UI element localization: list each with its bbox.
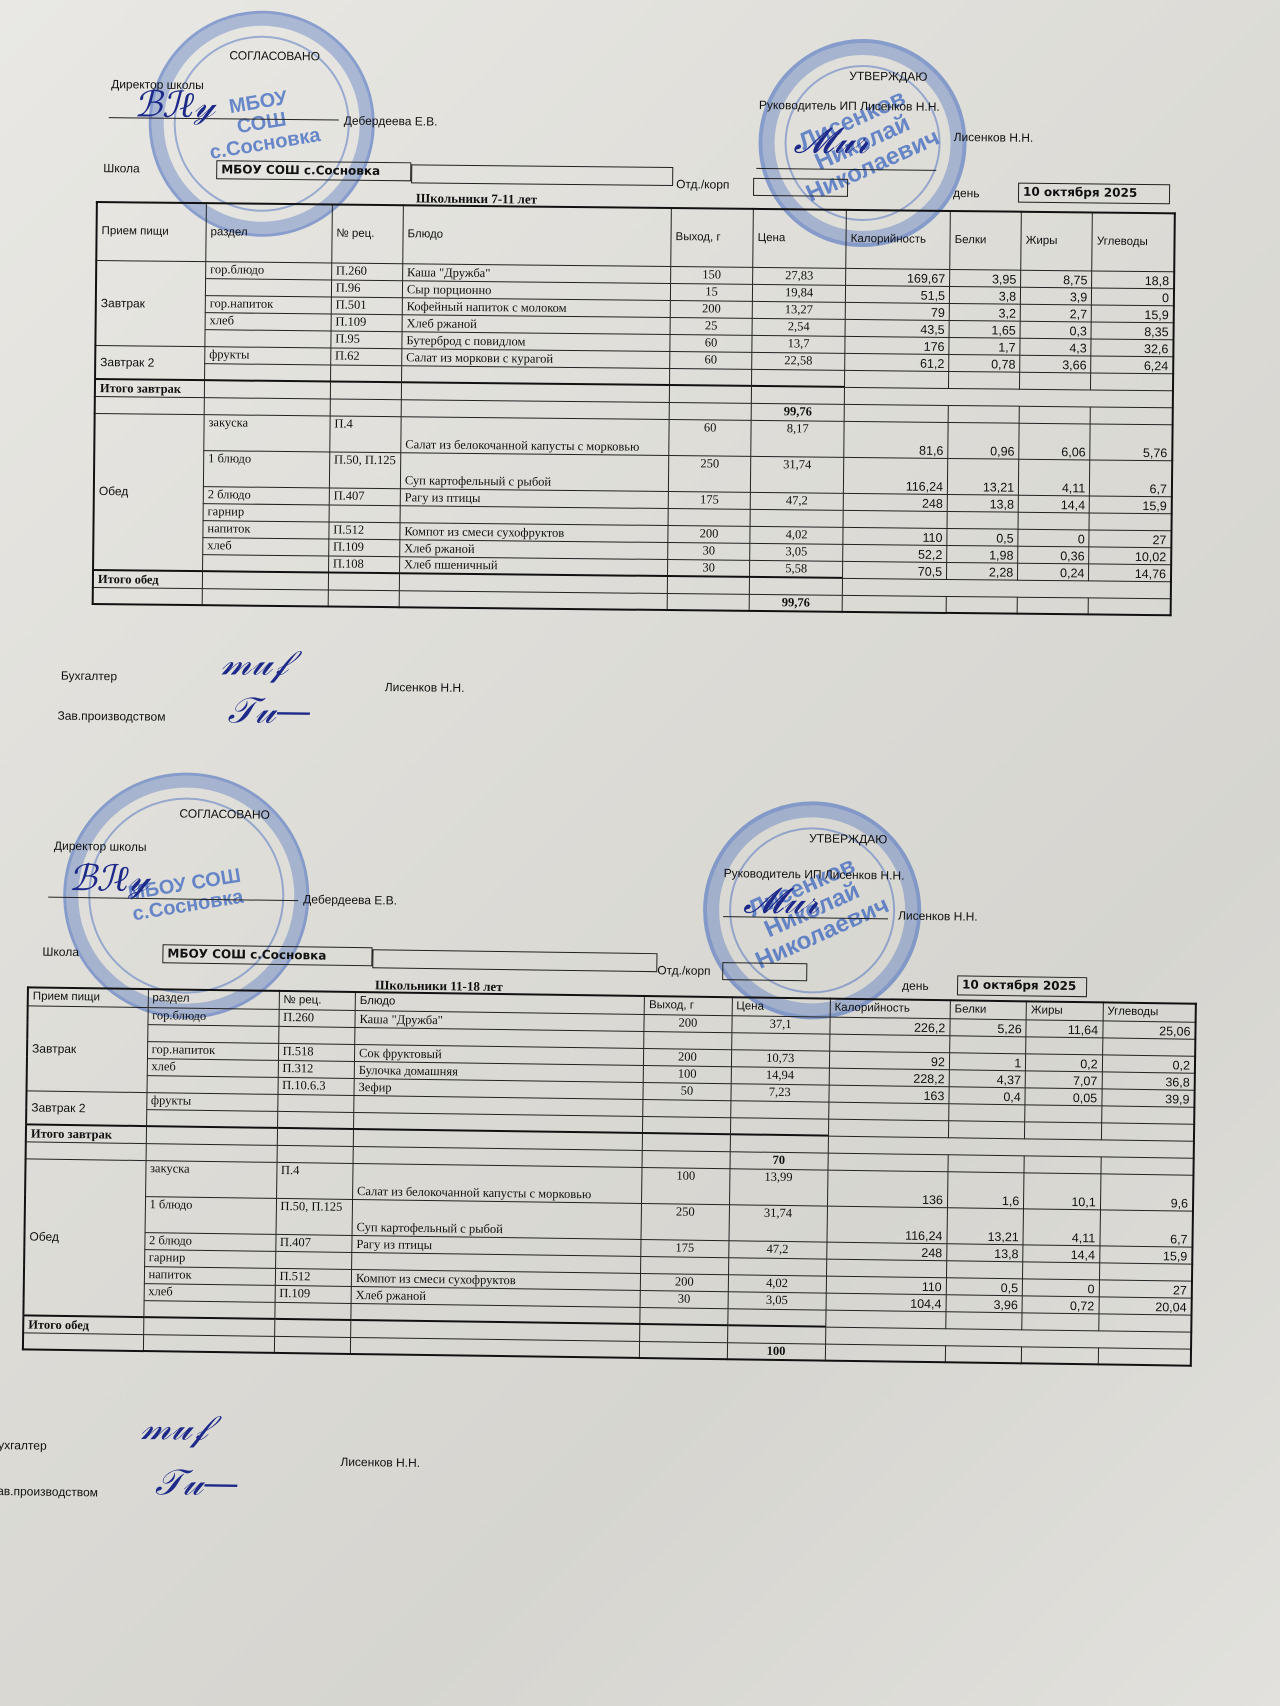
column-header: раздел [148,989,279,1009]
fat-cell: 0,72 [1022,1295,1099,1313]
fat-cell: 0,3 [1020,321,1091,339]
recipe-cell: П.109 [275,1285,352,1303]
carbs-cell: 39,9 [1102,1088,1195,1106]
section-cell: 2 блюдо [203,486,329,504]
kcal-cell: 116,24 [827,1206,948,1244]
protein-cell [948,1120,1025,1138]
meal-cell: Обед [93,413,204,571]
kcal-cell: 104,4 [826,1293,946,1312]
section-cell: 1 блюдо [145,1196,276,1234]
recipe-cell: П.518 [278,1043,355,1061]
fat-cell [1025,1104,1102,1122]
column-header: Белки [950,211,1022,270]
column-header: Цена [753,209,847,268]
manager-name: Лисенков Н.Н. [898,909,978,924]
recipe-cell: П.4 [330,415,401,452]
price-cell: 3,05 [750,543,843,561]
recipe-cell: П.50, П.125 [276,1198,353,1235]
approve-heading: УТВЕРЖДАЮ [849,69,927,84]
column-header: раздел [206,203,332,262]
yield-cell: 100 [642,1167,730,1204]
section-cell [205,278,331,296]
fat-cell: 8,75 [1021,270,1092,288]
section-cell: 2 блюдо [144,1232,275,1251]
column-header: Углеводы [1103,1002,1196,1021]
section-cell: гор.блюдо [148,1007,279,1026]
dish-cell: Хлеб ржаной [402,314,670,334]
manager-role: Руководитель ИП Лисенков Н.Н. [759,98,940,114]
carbs-cell [1102,1037,1195,1055]
total-label: Итого завтрак [95,379,205,397]
total-price: 70 [730,1151,828,1169]
fat-cell: 2,7 [1020,304,1091,322]
carbs-cell [1098,1313,1191,1331]
kcal-cell [828,1102,948,1121]
kcal-cell: 163 [829,1085,949,1104]
accountant-name: Лисенков Н.Н. [385,680,465,695]
school-extra-field [411,164,673,186]
column-header: Калорийность [830,999,950,1019]
column-header: Выход, г [671,208,754,267]
protein-cell: 3,8 [949,286,1020,304]
price-cell [730,1117,828,1135]
kcal-cell [826,1259,946,1278]
yield-cell: 200 [668,525,750,543]
total-price: 99,76 [751,403,844,421]
yield-cell: 200 [644,1014,732,1032]
price-cell: 13,27 [752,301,845,319]
yield-cell: 175 [641,1239,729,1257]
section-cell: хлеб [205,312,331,330]
director-role: Директор школы [54,839,147,854]
yield-cell: 50 [643,1082,731,1100]
school-label: Школа [103,161,140,175]
dish-cell: Сыр порционно [402,280,670,300]
column-header: Калорийность [846,210,951,269]
protein-cell: 4,37 [949,1069,1026,1087]
accountant-signature: 𝓂𝓊𝒻 [221,642,288,685]
carbs-cell: 18,8 [1092,270,1174,288]
kcal-cell: 92 [829,1051,949,1070]
dish-cell: Суп картофельный с рыбой [352,1199,642,1239]
fat-cell: 0,05 [1025,1087,1102,1105]
dept-field [753,178,848,197]
section-cell [204,363,330,381]
kcal-cell [829,1034,949,1053]
price-cell: 4,02 [750,526,843,544]
section-cell: гор.напиток [205,295,331,313]
section-cell: фрукты [146,1092,277,1111]
yield-cell: 15 [670,283,752,301]
fat-cell: 14,4 [1023,1244,1100,1262]
menu-table: Прием пищираздел№ рец.БлюдоВыход, гЦенаК… [92,201,1176,616]
carbs-cell: 8,35 [1091,321,1173,339]
kcal-cell [845,370,949,388]
kcal-cell [826,1310,946,1329]
price-cell: 47,2 [750,492,843,510]
kcal-cell [843,510,947,528]
column-header: Прием пищи [28,987,148,1007]
column-header: № рец. [279,991,356,1010]
column-header: Выход, г [644,996,732,1015]
recipe-cell: П.512 [275,1268,352,1286]
section-cell: закуска [145,1160,276,1198]
price-cell: 5,58 [750,560,843,578]
protein-cell: 0,78 [949,354,1020,372]
accountant-signature: 𝓂𝓊𝒻 [141,1407,209,1450]
kcal-cell: 110 [826,1276,946,1295]
kcal-cell: 52,2 [843,544,947,562]
price-cell: 13,99 [729,1168,828,1205]
recipe-cell: П.512 [329,521,400,539]
yield-cell: 175 [668,491,750,509]
dish-cell: Хлеб ржаной [400,539,668,559]
yield-cell: 150 [671,266,753,284]
school-extra-field [372,949,657,972]
section-cell: закуска [204,414,330,451]
fat-cell: 4,11 [1023,1208,1100,1245]
protein-cell: 1,98 [947,545,1018,563]
yield-cell: 200 [644,1048,732,1066]
day-field: 10 октября 2025 [1018,183,1170,205]
dish-cell: Рагу из птицы [400,488,668,508]
dish-cell: Каша "Дружба" [402,263,670,283]
kcal-cell: 110 [843,527,947,545]
recipe-cell: П.109 [331,313,402,331]
carbs-cell: 5,76 [1090,423,1173,460]
menu-sheet-7-11: МБОУ СОШ с.Сосновка СОГЛАСОВАНО Директор… [0,0,1280,13]
fat-cell: 3,9 [1021,287,1092,305]
production-signature: 𝒯𝓊— [227,690,311,733]
recipe-cell [329,504,400,522]
protein-cell [949,1103,1026,1121]
recipe-cell: П.312 [278,1060,355,1078]
recipe-cell: П.62 [330,347,401,365]
production-signature: 𝒯𝓊— [155,1462,239,1505]
price-cell: 14,94 [731,1066,829,1084]
carbs-cell: 10,02 [1089,546,1171,564]
director-name: Дебердеева Е.В. [344,114,438,129]
yield-cell [644,1031,732,1049]
fat-cell: 4,11 [1019,459,1090,496]
recipe-cell [330,364,401,382]
day-label: день [953,186,980,200]
recipe-cell [277,1094,354,1112]
fat-cell: 11,64 [1026,1019,1103,1037]
recipe-cell: П.260 [331,262,402,280]
carbs-cell: 32,6 [1091,338,1173,356]
recipe-cell: П.96 [331,279,402,297]
section-cell: гор.блюдо [206,261,332,279]
column-header: Углеводы [1092,212,1175,271]
price-cell [728,1257,826,1275]
price-cell: 4,02 [728,1274,826,1292]
section-cell: хлеб [203,537,329,555]
kcal-cell: 43,5 [845,319,949,337]
carbs-cell [1099,1262,1192,1280]
accountant-label: Бухгалтер [0,1438,47,1453]
yield-cell: 30 [668,542,750,560]
fat-cell: 6,06 [1019,423,1090,460]
kcal-cell: 81,6 [844,421,948,458]
protein-cell: 0,4 [949,1086,1026,1104]
school-field: МБОУ СОШ с.Сосновка [216,160,411,181]
protein-cell: 1,7 [949,337,1020,355]
yield-cell [640,1307,728,1325]
yield-cell: 60 [669,419,751,456]
section-cell [146,1109,277,1128]
yield-cell: 60 [670,351,752,369]
price-cell: 31,74 [729,1204,828,1241]
price-cell: 7,23 [730,1083,828,1101]
fat-cell: 0,2 [1026,1053,1103,1071]
kcal-cell: 51,5 [846,285,950,303]
section-cell: напиток [203,520,329,538]
section-cell: гарнир [144,1249,275,1268]
dish-cell: Салат из белокочанной капусты с морковью [352,1163,642,1203]
day-label: день [902,979,929,993]
recipe-cell: П.50, П.125 [329,451,400,488]
section-cell [202,554,328,572]
protein-cell: 2,28 [947,562,1018,580]
price-cell: 2,54 [752,318,845,336]
carbs-cell: 15,9 [1099,1245,1192,1263]
price-cell [731,1032,829,1050]
director-name: Дебердеева Е.В. [303,892,397,907]
column-header: Белки [950,1000,1027,1019]
column-header: № рец. [332,204,404,263]
recipe-cell: П.108 [328,555,399,573]
menu-sheet-11-18: МБОУ СОШ с.Сосновка СОГЛАСОВАНО Директор… [0,770,1280,788]
price-cell: 10,73 [731,1049,829,1067]
column-header: Цена [732,997,830,1016]
carbs-cell: 15,9 [1092,304,1174,322]
protein-cell [946,1311,1023,1329]
dish-cell: Компот из смеси сухофруктов [400,522,668,542]
section-cell: хлеб [144,1283,275,1302]
approve-heading: УТВЕРЖДАЮ [809,831,887,846]
director-signature: ℬℐℓ𝓎 [134,83,216,127]
carbs-cell: 27 [1099,1279,1192,1297]
approved-heading: СОГЛАСОВАНО [229,48,320,63]
section-cell [147,1024,278,1043]
kcal-cell: 136 [827,1170,948,1208]
column-header: Жиры [1021,212,1093,271]
protein-cell [947,511,1018,529]
carbs-cell: 0 [1092,287,1174,305]
menu-table: Прием пищираздел№ рец.БлюдоВыход, гЦенаК… [22,986,1197,1366]
total-price: 100 [727,1342,825,1360]
yield-cell [670,368,752,386]
dish-cell: Салат из белокочанной капусты с морковью [401,416,669,455]
section-cell [147,1075,278,1094]
recipe-cell [275,1251,352,1269]
yield-cell [641,1256,729,1274]
meal-cell: Завтрак [27,1005,148,1092]
accountant-label: Бухгалтер [61,669,117,684]
fat-cell [1025,1121,1102,1139]
carbs-cell: 14,76 [1089,563,1171,581]
recipe-cell: П.407 [329,487,400,505]
section-cell: 1 блюдо [203,450,329,487]
fat-cell: 0,24 [1018,563,1089,581]
price-cell [727,1308,825,1326]
total-label: Итого обед [93,570,203,588]
fat-cell: 7,07 [1025,1070,1102,1088]
protein-cell [946,1260,1023,1278]
recipe-cell: П.407 [275,1234,352,1252]
kcal-cell: 228,2 [829,1068,949,1087]
fat-cell: 0 [1022,1278,1099,1296]
kcal-cell: 70,5 [843,561,947,579]
price-cell: 27,83 [753,267,846,285]
protein-cell: 3,96 [946,1294,1023,1312]
price-cell: 13,7 [752,335,845,353]
school-field: МБОУ СОШ с.Сосновка [162,944,372,966]
fat-cell: 0 [1018,529,1089,547]
protein-cell: 1,65 [949,320,1020,338]
protein-cell: 0,5 [946,1277,1023,1295]
carbs-cell [1101,1105,1194,1123]
carbs-cell [1091,372,1173,390]
price-cell: 3,05 [728,1291,826,1309]
protein-cell [949,1035,1026,1053]
recipe-cell [278,1026,355,1044]
section-cell: напиток [144,1266,275,1285]
protein-cell: 13,21 [947,458,1018,495]
total-label: Итого обед [23,1315,143,1334]
production-label: Зав.производством [0,1484,98,1500]
column-header: Жиры [1026,1001,1103,1020]
price-cell [730,1100,828,1118]
yield-cell: 100 [643,1065,731,1083]
kcal-cell: 61,2 [845,353,949,371]
yield-cell: 250 [641,1203,729,1240]
meal-cell: Завтрак 2 [26,1090,147,1126]
protein-cell: 13,8 [947,494,1018,512]
fat-cell: 0,36 [1018,546,1089,564]
carbs-cell [1101,1122,1194,1140]
fat-cell: 14,4 [1018,495,1089,513]
fat-cell [1026,1036,1103,1054]
dept-label: Отд./корп [676,177,729,192]
production-label: Зав.производством [57,709,165,724]
protein-cell: 0,96 [948,422,1019,459]
yield-cell [668,508,750,526]
fat-cell [1018,512,1089,530]
price-cell: 37,1 [731,1015,829,1033]
recipe-cell: П.260 [279,1009,356,1027]
price-cell: 22,58 [752,352,845,370]
dish-cell: Салат из моркови с курагой [402,348,670,368]
kcal-cell: 169,67 [846,268,950,286]
fat-cell [1022,1312,1099,1330]
yield-cell: 200 [670,300,752,318]
fat-cell [1020,372,1091,390]
protein-cell [949,371,1020,389]
yield-cell: 250 [668,455,750,492]
column-header: Блюдо [403,205,672,266]
fat-cell [1023,1261,1100,1279]
kcal-cell: 248 [827,1242,947,1261]
carbs-cell: 6,7 [1100,1209,1193,1246]
dept-label: Отд./корп [657,963,711,978]
fat-cell: 3,66 [1020,355,1091,373]
meal-cell: Завтрак 2 [95,345,205,380]
section-cell: фрукты [205,346,331,364]
carbs-cell: 15,9 [1090,495,1172,513]
carbs-cell: 0,2 [1102,1054,1195,1072]
total-price: 99,76 [749,594,842,612]
price-cell: 8,17 [751,420,844,457]
kcal-cell: 226,2 [830,1017,950,1036]
yield-cell: 25 [670,317,752,335]
yield-cell: 200 [641,1273,729,1291]
school-label: Школа [42,945,79,960]
dept-field [722,962,807,981]
carbs-cell: 27 [1089,529,1171,547]
recipe-cell [277,1111,354,1129]
carbs-cell: 25,06 [1103,1020,1196,1038]
carbs-cell: 6,7 [1090,459,1173,496]
protein-cell: 3,2 [949,303,1020,321]
kcal-cell: 116,24 [844,457,948,494]
section-cell: гор.напиток [147,1041,278,1060]
kcal-cell: 79 [845,302,949,320]
protein-cell: 5,26 [950,1018,1027,1036]
price-cell [752,369,845,387]
carbs-cell: 36,8 [1102,1071,1195,1089]
price-cell: 47,2 [728,1240,826,1258]
accountant-name: Лисенков Н.Н. [340,1455,420,1470]
yield-cell: 30 [640,1290,728,1308]
protein-cell: 3,95 [950,269,1021,287]
total-label: Итого завтрак [26,1124,146,1143]
yield-cell: 30 [668,559,750,577]
carbs-cell: 6,24 [1091,355,1173,373]
yield-cell [643,1099,731,1117]
section-cell [143,1300,274,1319]
price-cell: 31,74 [750,456,843,493]
recipe-cell [274,1302,351,1320]
dish-cell: Суп картофельный с рыбой [400,452,668,491]
section-cell: гарнир [203,503,329,521]
protein-cell: 0,5 [947,528,1018,546]
director-signature: ℬℐℓ𝓎 [68,857,150,901]
protein-cell: 1 [949,1052,1026,1070]
carbs-cell: 20,04 [1099,1296,1192,1314]
section-cell [205,329,331,347]
kcal-cell [828,1119,948,1138]
dish-cell: Бутерброд с повидлом [402,331,670,351]
yield-cell: 60 [670,334,752,352]
meal-cell: Завтрак [95,260,205,346]
manager-name: Лисенков Н.Н. [954,130,1034,145]
meal-cell: Обед [23,1158,145,1317]
yield-cell [643,1116,731,1134]
carbs-cell: 9,6 [1100,1173,1193,1210]
protein-cell: 1,6 [947,1171,1024,1208]
recipe-cell: П.501 [331,296,402,314]
recipe-cell: П.10.6.3 [278,1077,355,1095]
price-cell [750,509,843,527]
carbs-cell [1089,512,1171,530]
protein-cell: 13,21 [947,1207,1024,1244]
section-cell: хлеб [147,1058,278,1077]
price-cell: 19,84 [752,284,845,302]
kcal-cell: 176 [845,336,949,354]
column-header: Прием пищи [96,202,206,261]
